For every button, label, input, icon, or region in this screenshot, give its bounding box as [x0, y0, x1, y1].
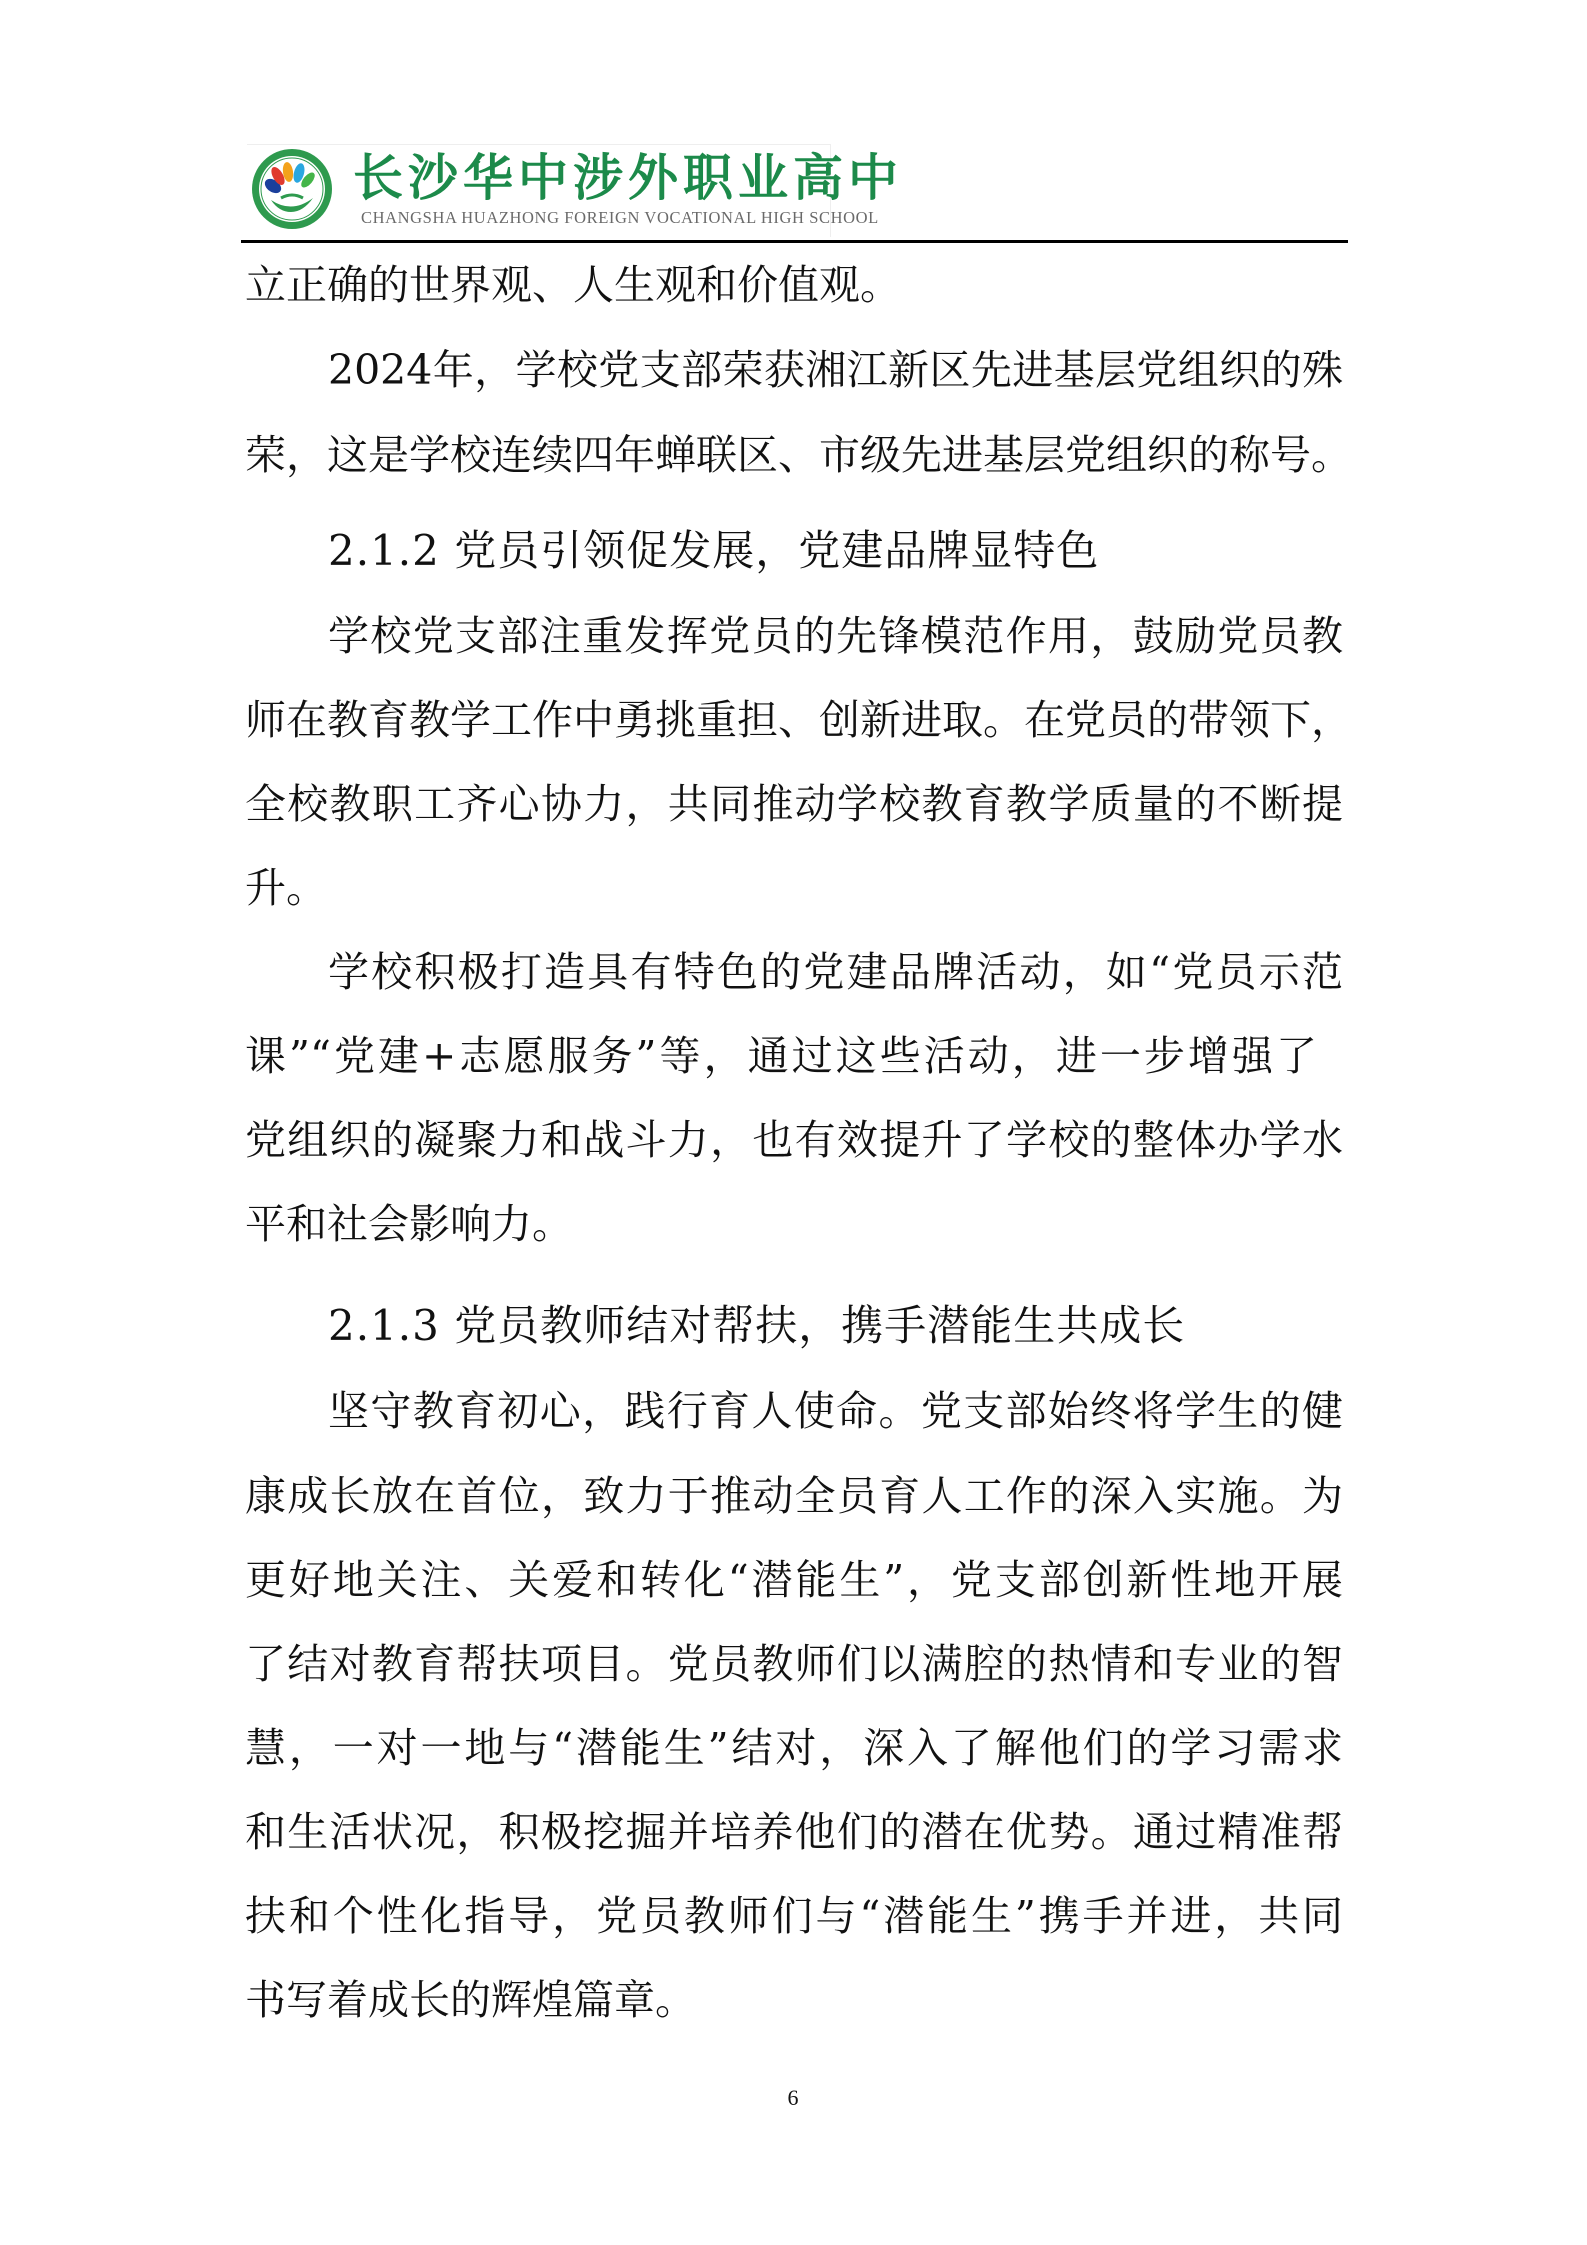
- paragraph-line: 扶和个性化指导，党员教师们与“潜能生”携手并进，共同: [245, 1874, 1343, 1958]
- paragraph-line: 师在教育教学工作中勇挑重担、创新进取。在党员的带领下，: [245, 678, 1343, 762]
- paragraph-line: 学校积极打造具有特色的党建品牌活动，如“党员示范: [328, 930, 1343, 1014]
- paragraph-line: 和生活状况，积极挖掘并培养他们的潜在优势。通过精准帮: [245, 1790, 1343, 1874]
- document-page: 长沙华中涉外职业高中 CHANGSHA HUAZHONG FOREIGN VOC…: [0, 0, 1587, 2245]
- paragraph-line: 全校教职工齐心协力，共同推动学校教育教学质量的不断提: [245, 762, 1343, 846]
- paragraph-line: 慧，一对一地与“潜能生”结对，深入了解他们的学习需求: [245, 1706, 1343, 1790]
- paragraph-line: 立正确的世界观、人生观和价值观。: [245, 243, 1343, 327]
- school-logo-banner: 长沙华中涉外职业高中 CHANGSHA HUAZHONG FOREIGN VOC…: [247, 144, 831, 237]
- page-number: 6: [770, 2084, 816, 2112]
- paragraph-line: 课”“党建+志愿服务”等，通过这些活动，进一步增强了: [245, 1014, 1317, 1098]
- section-heading-2-1-2: 2.1.2 党员引领促发展，党建品牌显特色: [328, 509, 1343, 593]
- paragraph-line: 康成长放在首位，致力于推动全员育人工作的深入实施。为: [245, 1454, 1343, 1538]
- paragraph-line: 更好地关注、关爱和转化“潜能生”，党支部创新性地开展: [245, 1538, 1343, 1622]
- section-heading-2-1-3: 2.1.3 党员教师结对帮扶，携手潜能生共成长: [328, 1284, 1343, 1368]
- paragraph-line: 2024年，学校党支部荣获湘江新区先进基层党组织的殊: [328, 328, 1343, 412]
- paragraph-line: 荣，这是学校连续四年蝉联区、市级先进基层党组织的称号。: [245, 413, 1343, 497]
- paragraph-line: 升。: [245, 846, 1343, 930]
- paragraph-line: 学校党支部注重发挥党员的先锋模范作用，鼓励党员教: [328, 594, 1343, 678]
- paragraph-line: 书写着成长的辉煌篇章。: [245, 1958, 1343, 2042]
- paragraph-line: 党组织的凝聚力和战斗力，也有效提升了学校的整体办学水: [245, 1098, 1343, 1182]
- school-name-en: CHANGSHA HUAZHONG FOREIGN VOCATIONAL HIG…: [361, 207, 879, 229]
- school-name-cn: 长沙华中涉外职业高中: [353, 147, 903, 209]
- paragraph-line: 平和社会影响力。: [245, 1182, 1343, 1266]
- paragraph-line: 坚守教育初心，践行育人使命。党支部始终将学生的健: [328, 1369, 1343, 1453]
- paragraph-line: 了结对教育帮扶项目。党员教师们以满腔的热情和专业的智: [245, 1622, 1343, 1706]
- school-emblem-icon: [251, 148, 333, 230]
